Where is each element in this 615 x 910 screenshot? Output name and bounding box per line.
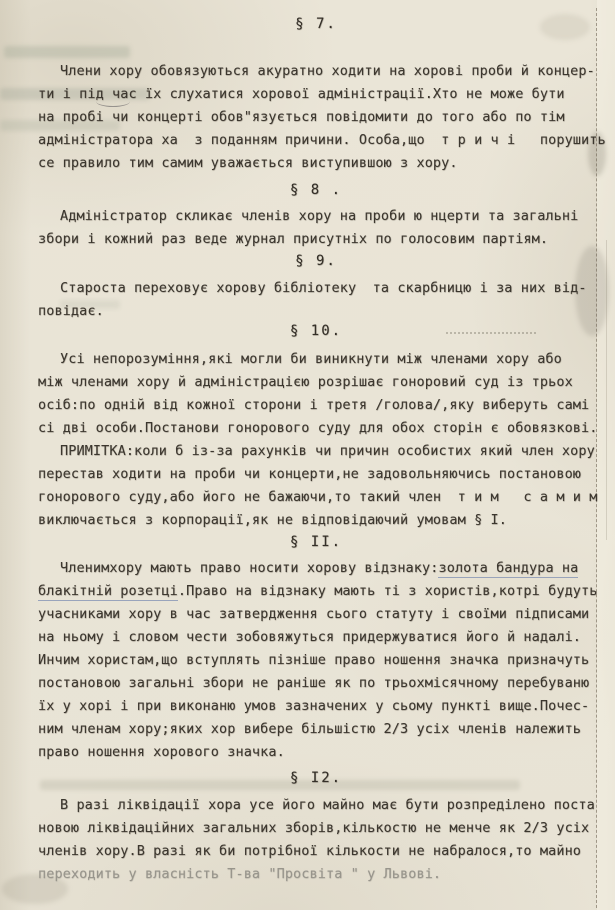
text-line: адміністратора ха з поданням причини. Ос… (38, 129, 608, 152)
text-line: право ношення хорового значка. (38, 741, 608, 764)
text-line: сі дві особи.Постанови гонорового суду д… (38, 417, 608, 440)
text-line: членів хору.В разі як би потрібної кільк… (38, 840, 608, 863)
text-line: Староста переховує хорову бібліотеку та … (38, 277, 608, 300)
text-segment: .Право на відзнаку мають ті з хористів,к… (178, 583, 598, 599)
paragraph-12: В разі ліквідації хора усе його майно ма… (38, 794, 608, 886)
text-line: Адміністратор скликає членів хору на про… (38, 205, 608, 228)
text-line: осіб:по одній від кожної сторони і третя… (38, 394, 608, 417)
text-line: ним членам хору;яких хор вибере більшіст… (38, 718, 608, 741)
text-line: Члени хору обовязуються акуратно ходити … (38, 60, 608, 83)
text-line: виключається з корпорації,як не відповід… (38, 509, 608, 532)
text-line: ти і під час їх слухатися хорової адміні… (38, 83, 608, 106)
text-line: учасниками хору в час затвердження сього… (38, 603, 608, 626)
text-line: на ньому і словом чести зобовяжуться при… (38, 626, 608, 649)
paragraph-9: Староста переховує хорову бібліотеку та … (38, 277, 608, 323)
paragraph-11: Членимхору мають право носити хорову від… (38, 557, 608, 764)
text-line: постановою загальні збори не раніше як п… (38, 672, 608, 695)
text-line: се правило тим самим уважається виступив… (38, 152, 608, 175)
section-heading-12: § I2. (38, 770, 594, 786)
text-line: збори і кожний раз веде журнал присутніх… (38, 228, 608, 251)
paragraph-10: Усі непорозуміння,які могли би виникнути… (38, 348, 608, 532)
underlined-text: золота бандура на (438, 560, 578, 578)
text-line: В разі ліквідації хора усе його майно ма… (38, 794, 608, 817)
bleedthrough-ghost-text (4, 46, 130, 58)
text-line-faded: переходить у власність Т-ва "Просвіта " … (38, 863, 608, 886)
section-heading-10: § 10. (38, 323, 594, 339)
paragraph-8: Адміністратор скликає членів хору на про… (38, 205, 608, 251)
text-line: Инчим хористам,що вступлять пізніше прав… (38, 649, 608, 672)
text-line-note: ПРИМІТКА:коли б із-за рахунків чи причин… (38, 440, 608, 463)
section-heading-8: § 8 . (38, 182, 594, 198)
section-heading-11: § II. (38, 534, 594, 550)
text-line: перестав ходити на проби чи концерти,не … (38, 463, 608, 486)
text-line: повідає. (38, 300, 608, 323)
text-line: їх у хорі і при виконаню умов зазначених… (38, 695, 608, 718)
text-line: блакітній розетці.Право на відзнаку мают… (38, 580, 608, 603)
section-heading-7: § 7. (38, 16, 594, 32)
section-heading-9: § 9. (38, 253, 594, 269)
paragraph-7: Члени хору обовязуються акуратно ходити … (38, 60, 608, 175)
text-line: гонорового суду,або його не бажаючи,то т… (38, 486, 608, 509)
text-line: Членимхору мають право носити хорову від… (38, 557, 608, 580)
text-line: на пробі чи концерті обов"язується повід… (38, 106, 608, 129)
underlined-text: блакітній розетці (38, 583, 178, 601)
text-line: між членами хору й адміністрацією розріш… (38, 371, 608, 394)
text-line: Усі непорозуміння,які могли би виникнути… (38, 348, 608, 371)
text-segment: Членимхору мають право носити хорову від… (60, 560, 438, 576)
text-line: новою ліквідаційних загальних зборів,кіл… (38, 817, 608, 840)
